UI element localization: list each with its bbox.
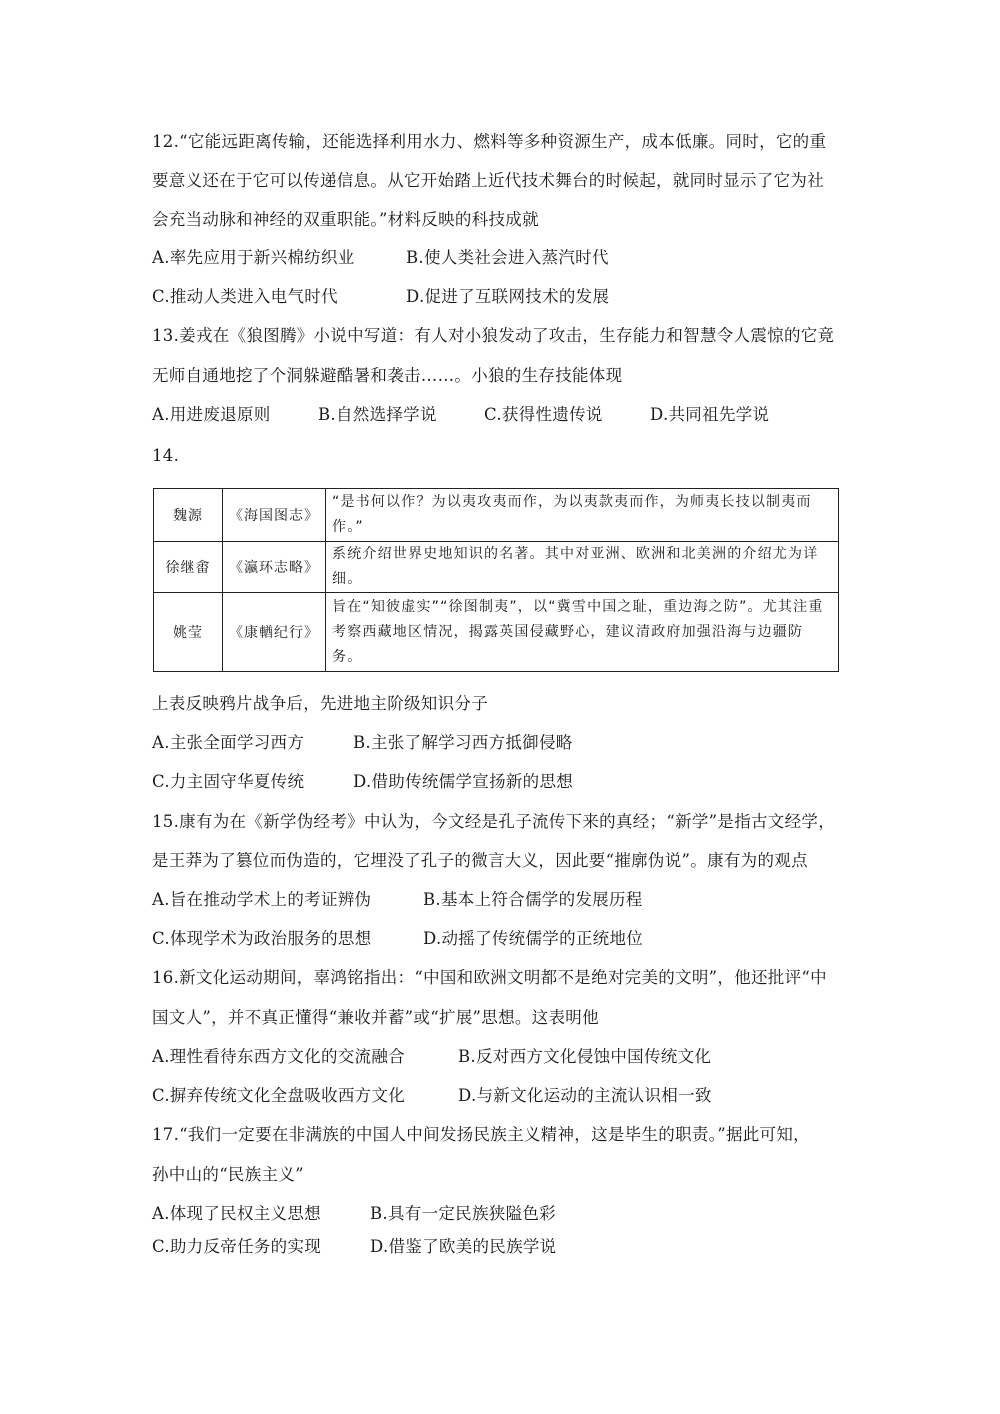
- q15-option-d: D.动摇了传统儒学的正统地位: [423, 929, 643, 949]
- table-cell-description: “是书何以作？为以夷攻夷而作，为以夷款夷而作，为师夷长技以制夷而作。”: [326, 489, 839, 542]
- q13-option-d: D.共同祖先学说: [650, 405, 769, 425]
- table-cell-description: 系统介绍世界史地知识的名著。其中对亚洲、欧洲和北美洲的介绍尤为详细。: [326, 542, 839, 593]
- table-row: 魏源 《海国图志》 “是书何以作？为以夷攻夷而作，为以夷款夷而作，为师夷长技以制…: [154, 489, 839, 542]
- q12-option-a: A.率先应用于新兴棉纺织业: [152, 248, 355, 268]
- q13-option-b: B.自然选择学说: [318, 405, 437, 425]
- q14-option-c: C.力主固守华夏传统: [152, 772, 304, 792]
- q16-stem-line-2: 国文人”，并不真正懂得“兼收并蓄”或“扩展”思想。这表明他: [152, 1008, 599, 1028]
- q17-stem-line-1: 17.“我们一定要在非满族的中国人中间发扬民族主义精神，这是毕生的职责。”据此可…: [152, 1125, 810, 1145]
- q17-option-a: A.体现了民权主义思想: [152, 1204, 321, 1224]
- q14-number: 14.: [152, 446, 179, 466]
- table-cell-book: 《海国图志》: [223, 489, 326, 542]
- q13-stem-line-2: 无师自通地挖了个洞躲避酷暑和袭击……。小狼的生存技能体现: [152, 366, 622, 386]
- q17-option-d: D.借鉴了欧美的民族学说: [370, 1237, 557, 1257]
- q16-stem-line-1: 16.新文化运动期间，辜鸿铭指出：“中国和欧洲文明都不是绝对完美的文明”，他还批…: [152, 968, 827, 988]
- q16-option-d: D.与新文化运动的主流认识相一致: [458, 1086, 712, 1106]
- q12-option-d: D.促进了互联网技术的发展: [406, 287, 609, 307]
- table-cell-author: 姚莹: [154, 593, 223, 672]
- q17-option-b: B.具有一定民族狭隘色彩: [370, 1204, 556, 1224]
- q14-option-d: D.借助传统儒学宣扬新的思想: [353, 772, 573, 792]
- q17-option-c: C.助力反帝任务的实现: [152, 1237, 321, 1257]
- q14-table: 魏源 《海国图志》 “是书何以作？为以夷攻夷而作，为以夷款夷而作，为师夷长技以制…: [153, 488, 839, 672]
- table-cell-book: 《康輶纪行》: [223, 593, 326, 672]
- q13-option-c: C.获得性遗传说: [484, 405, 603, 425]
- q12-stem-line-1: 12.“它能远距离传输，还能选择利用水力、燃料等多种资源生产，成本低廉。同时，它…: [152, 132, 826, 152]
- q15-option-c: C.体现学术为政治服务的思想: [152, 929, 371, 949]
- q13-option-a: A.用进废退原则: [152, 405, 271, 425]
- q15-option-b: B.基本上符合儒学的发展历程: [423, 890, 643, 910]
- q13-stem-line-1: 13.姜戎在《狼图腾》小说中写道：有人对小狼发动了攻击，生存能力和智慧令人震惊的…: [152, 326, 834, 346]
- table-cell-book: 《瀛环志略》: [223, 542, 326, 593]
- q15-stem-line-2: 是王莽为了篡位而伪造的，它埋没了孔子的微言大义，因此要“摧廓伪说”。康有为的观点: [152, 851, 808, 871]
- q12-stem-line-2: 要意义还在于它可以传递信息。从它开始踏上近代技术舞台的时候起，就同时显示了它为社: [152, 171, 824, 191]
- table-cell-description: 旨在“知彼虚实”“徐图制夷”，以“冀雪中国之耻，重边海之防”。尤其注重考察西藏地…: [326, 593, 839, 672]
- q15-stem-line-1: 15.康有为在《新学伪经考》中认为，今文经是孔子流传下来的真经；“新学”是指古文…: [152, 812, 835, 832]
- q14-stem-line-1: 上表反映鸦片战争后，先进地主阶级知识分子: [152, 694, 488, 714]
- q16-option-b: B.反对西方文化侵蚀中国传统文化: [458, 1047, 711, 1067]
- table-cell-author: 魏源: [154, 489, 223, 542]
- table-cell-author: 徐继畬: [154, 542, 223, 593]
- q16-option-c: C.摒弃传统文化全盘吸收西方文化: [152, 1086, 405, 1106]
- table-row: 姚莹 《康輶纪行》 旨在“知彼虚实”“徐图制夷”，以“冀雪中国之耻，重边海之防”…: [154, 593, 839, 672]
- q15-option-a: A.旨在推动学术上的考证辨伪: [152, 890, 371, 910]
- q14-option-a: A.主张全面学习西方: [152, 733, 304, 753]
- q12-option-c: C.推动人类进入电气时代: [152, 287, 338, 307]
- q12-stem-line-3: 会充当动脉和神经的双重职能。”材料反映的科技成就: [152, 210, 539, 230]
- q17-stem-line-2: 孙中山的“民族主义”: [152, 1165, 304, 1185]
- table-row: 徐继畬 《瀛环志略》 系统介绍世界史地知识的名著。其中对亚洲、欧洲和北美洲的介绍…: [154, 542, 839, 593]
- q16-option-a: A.理性看待东西方文化的交流融合: [152, 1047, 405, 1067]
- q12-option-b: B.使人类社会进入蒸汽时代: [406, 248, 609, 268]
- q14-option-b: B.主张了解学习西方抵御侵略: [353, 733, 573, 753]
